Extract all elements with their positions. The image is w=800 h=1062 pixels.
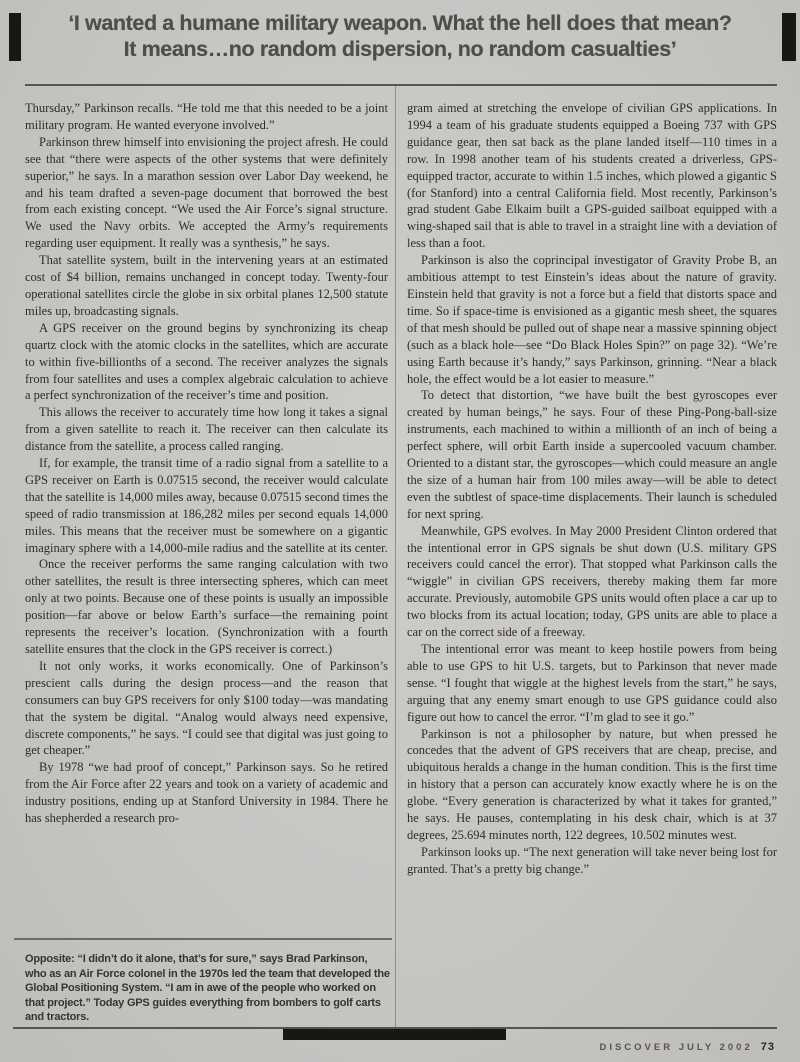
paragraph: Thursday,” Parkinson recalls. “He told m…	[25, 100, 388, 134]
pull-quote-line-1: ‘I wanted a humane military weapon. What…	[40, 10, 760, 36]
pull-quote-bar-right-icon	[782, 13, 796, 61]
paragraph: Parkinson is also the coprincipal invest…	[407, 252, 777, 387]
paragraph: It not only works, it works economically…	[25, 658, 388, 759]
paragraph: That satellite system, built in the inte…	[25, 252, 388, 320]
magazine-title: DISCOVER JULY 2002	[599, 1042, 752, 1053]
page-number: 73	[761, 1041, 775, 1053]
paragraph: The intentional error was meant to keep …	[407, 641, 777, 726]
header-rule	[25, 84, 777, 86]
paragraph: This allows the receiver to accurately t…	[25, 404, 388, 455]
column-divider-rule	[395, 86, 396, 1028]
article-right-column: gram aimed at stretching the envelope of…	[407, 100, 777, 1020]
caption-rule	[14, 938, 392, 940]
page-footer: DISCOVER JULY 200273	[599, 1041, 775, 1053]
pull-quote-line-2: It means…no random dispersion, no random…	[40, 36, 760, 62]
magazine-page: ‘I wanted a humane military weapon. What…	[0, 0, 800, 1062]
paragraph: gram aimed at stretching the envelope of…	[407, 100, 777, 252]
paragraph: A GPS receiver on the ground begins by s…	[25, 320, 388, 405]
paragraph: Meanwhile, GPS evolves. In May 2000 Pres…	[407, 523, 777, 641]
paragraph: Parkinson is not a philosopher by nature…	[407, 726, 777, 844]
paragraph: By 1978 “we had proof of concept,” Parki…	[25, 759, 388, 827]
paragraph: If, for example, the transit time of a r…	[25, 455, 388, 556]
pull-quote-headline: ‘I wanted a humane military weapon. What…	[40, 10, 760, 62]
pull-quote-bar-left-icon	[9, 13, 21, 61]
paragraph: To detect that distortion, “we have buil…	[407, 387, 777, 522]
footer-black-bar	[283, 1029, 506, 1040]
article-left-column: Thursday,” Parkinson recalls. “He told m…	[25, 100, 388, 938]
paragraph: Parkinson threw himself into envisioning…	[25, 134, 388, 252]
paragraph: Parkinson looks up. “The next generation…	[407, 844, 777, 878]
paragraph: Once the receiver performs the same rang…	[25, 556, 388, 657]
photo-caption: Opposite: “I didn’t do it alone, that’s …	[25, 952, 391, 1025]
